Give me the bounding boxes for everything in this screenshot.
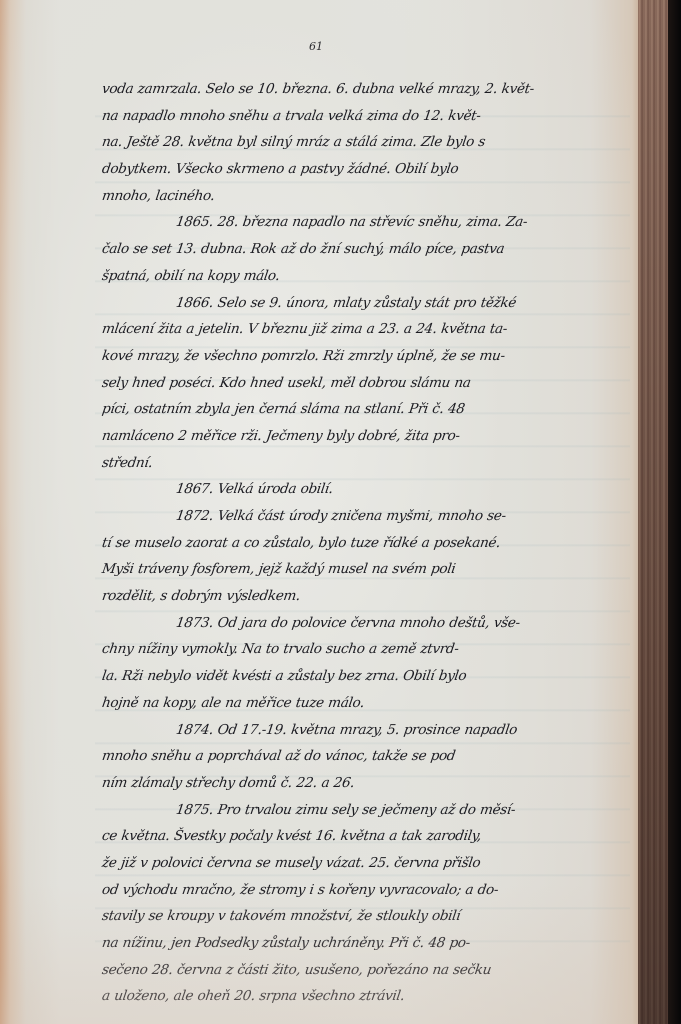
entry-1867-start: 1867. Velká úroda obilí. bbox=[100, 476, 639, 503]
text-line: rozdělit, s dobrým výsledkem. bbox=[100, 583, 639, 610]
text-line: chny nížiny vymokly. Na to trvalo sucho … bbox=[100, 636, 639, 663]
entry-1874-start: 1874. Od 17.-19. května mrazy, 5. prosin… bbox=[100, 717, 639, 744]
text-line: kové mrazy, že všechno pomrzlo. Rži zmrz… bbox=[100, 343, 639, 370]
book-cover-shadow bbox=[668, 0, 681, 1024]
text-line: voda zamrzala. Selo se 10. března. 6. du… bbox=[100, 76, 639, 103]
text-line: la. Rži nebylo vidět kvésti a zůstaly be… bbox=[100, 663, 639, 690]
entry-1866-start: 1866. Selo se 9. února, mlaty zůstaly st… bbox=[100, 290, 639, 317]
text-line: čalo se set 13. dubna. Rok až do žní suc… bbox=[100, 236, 639, 263]
text-line: Myši tráveny fosforem, jejž každý musel … bbox=[100, 556, 639, 583]
handwritten-text-block: voda zamrzala. Selo se 10. března. 6. du… bbox=[102, 76, 637, 1010]
text-line: špatná, obilí na kopy málo. bbox=[100, 263, 639, 290]
entry-1875-start: 1875. Pro trvalou zimu sely se ječmeny a… bbox=[100, 797, 639, 824]
text-line: na nížinu, jen Podsedky zůstaly uchráněn… bbox=[100, 930, 639, 957]
text-line: mnoho, laciného. bbox=[100, 183, 639, 210]
entry-1865-start: 1865. 28. března napadlo na střevíc sněh… bbox=[100, 209, 639, 236]
entry-1873-start: 1873. Od jara do polovice června mnoho d… bbox=[100, 610, 639, 637]
text-line: že již v polovici června se musely vázat… bbox=[100, 850, 639, 877]
text-line: na. Ještě 28. května byl silný mráz a st… bbox=[100, 129, 639, 156]
text-line: ce května. Švestky počaly kvést 16. květ… bbox=[100, 823, 639, 850]
text-line: sečeno 28. června z části žito, usušeno,… bbox=[100, 957, 639, 984]
text-line: střední. bbox=[100, 450, 639, 477]
text-line: od východu mračno, že stromy i s kořeny … bbox=[100, 877, 639, 904]
text-line: ním zlámaly střechy domů č. 22. a 26. bbox=[100, 770, 639, 797]
manuscript-page: 61 voda zamrzala. Selo se 10. března. 6.… bbox=[0, 0, 640, 1024]
text-line: hojně na kopy, ale na měřice tuze málo. bbox=[100, 690, 639, 717]
text-line: sely hned poséci. Kdo hned usekl, měl do… bbox=[100, 370, 639, 397]
text-line: namláceno 2 měřice rži. Ječmeny byly dob… bbox=[100, 423, 639, 450]
book-photo: 61 voda zamrzala. Selo se 10. března. 6.… bbox=[0, 0, 681, 1024]
text-line: dobytkem. Všecko skrmeno a pastvy žádné.… bbox=[100, 156, 639, 183]
book-page-edges bbox=[638, 0, 668, 1024]
text-line: na napadlo mnoho sněhu a trvala velká zi… bbox=[100, 103, 639, 130]
text-line: píci, ostatním zbyla jen černá sláma na … bbox=[100, 396, 639, 423]
page-number: 61 bbox=[309, 40, 323, 53]
text-line: tí se muselo zaorat a co zůstalo, bylo t… bbox=[100, 530, 639, 557]
text-line: mlácení žita a jetelin. V březnu již zim… bbox=[100, 316, 639, 343]
text-line: stavily se kroupy v takovém množství, že… bbox=[100, 903, 639, 930]
entry-1872-start: 1872. Velká část úrody zničena myšmi, mn… bbox=[100, 503, 639, 530]
text-line: mnoho sněhu a poprchával až do vánoc, ta… bbox=[100, 743, 639, 770]
text-line: a uloženo, ale oheň 20. srpna všechno zt… bbox=[100, 983, 639, 1010]
